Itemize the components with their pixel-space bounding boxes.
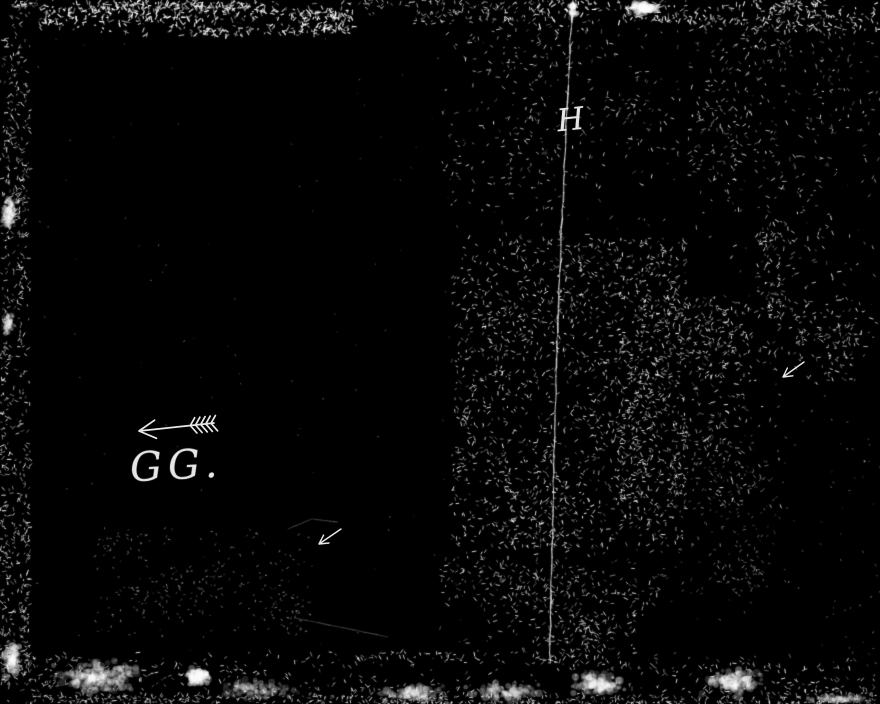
gg-label: GG. [129,444,224,489]
h-label: H [555,104,585,138]
photographic-plate: GG. H [0,0,880,704]
plate-texture-canvas [0,0,880,704]
